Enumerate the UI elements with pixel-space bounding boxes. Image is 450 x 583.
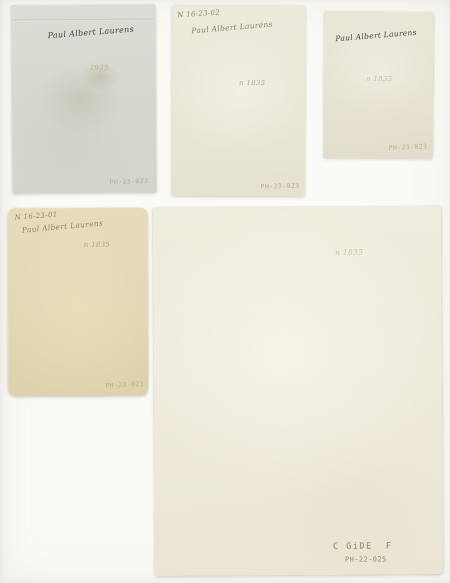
photo-card-verso-3: Paul Albert Laurens n 1835 PH-23-023 [323, 12, 433, 159]
handwritten-number: 1935 [90, 65, 109, 72]
photo-card-verso-1: Paul Albert Laurens 1935 PH-23-023 [11, 4, 156, 193]
handwritten-name: C GiDE F [333, 542, 393, 551]
catalog-number: PH-22-025 [345, 556, 387, 563]
photograph-of-card-versos: Paul Albert Laurens 1935 PH-23-023 N 16-… [0, 0, 450, 583]
handwritten-signature: Paul Albert Laurens [191, 21, 273, 35]
photo-card-verso-4: N 16-23-01 Paul Albert Laurens n 1835 PH… [8, 208, 149, 396]
handwritten-signature: Paul Albert Laurens [47, 26, 134, 41]
handwritten-number: n 1835 [84, 242, 110, 249]
inventory-number: N 16-23-01 [15, 212, 58, 222]
catalog-number: PH-23-023 [261, 182, 300, 190]
handwritten-number: n 1835 [366, 76, 392, 83]
photo-card-verso-2: N 16-23-02 Paul Albert Laurens n 1835 PH… [172, 6, 306, 196]
handwritten-number: n 1835 [335, 249, 363, 257]
handwritten-signature: Paul Albert Laurens [335, 29, 417, 43]
inventory-number: N 16-23-02 [177, 9, 220, 19]
handwritten-number: n 1835 [239, 80, 265, 87]
catalog-number: PH-23-023 [105, 381, 144, 389]
photo-sheet-verso-5: n 1835 C GiDE F PH-22-025 [153, 206, 443, 576]
handwritten-signature: Paul Albert Laurens [22, 219, 104, 234]
catalog-number: PH-23-023 [389, 143, 428, 151]
catalog-number: PH-23-023 [110, 177, 149, 185]
